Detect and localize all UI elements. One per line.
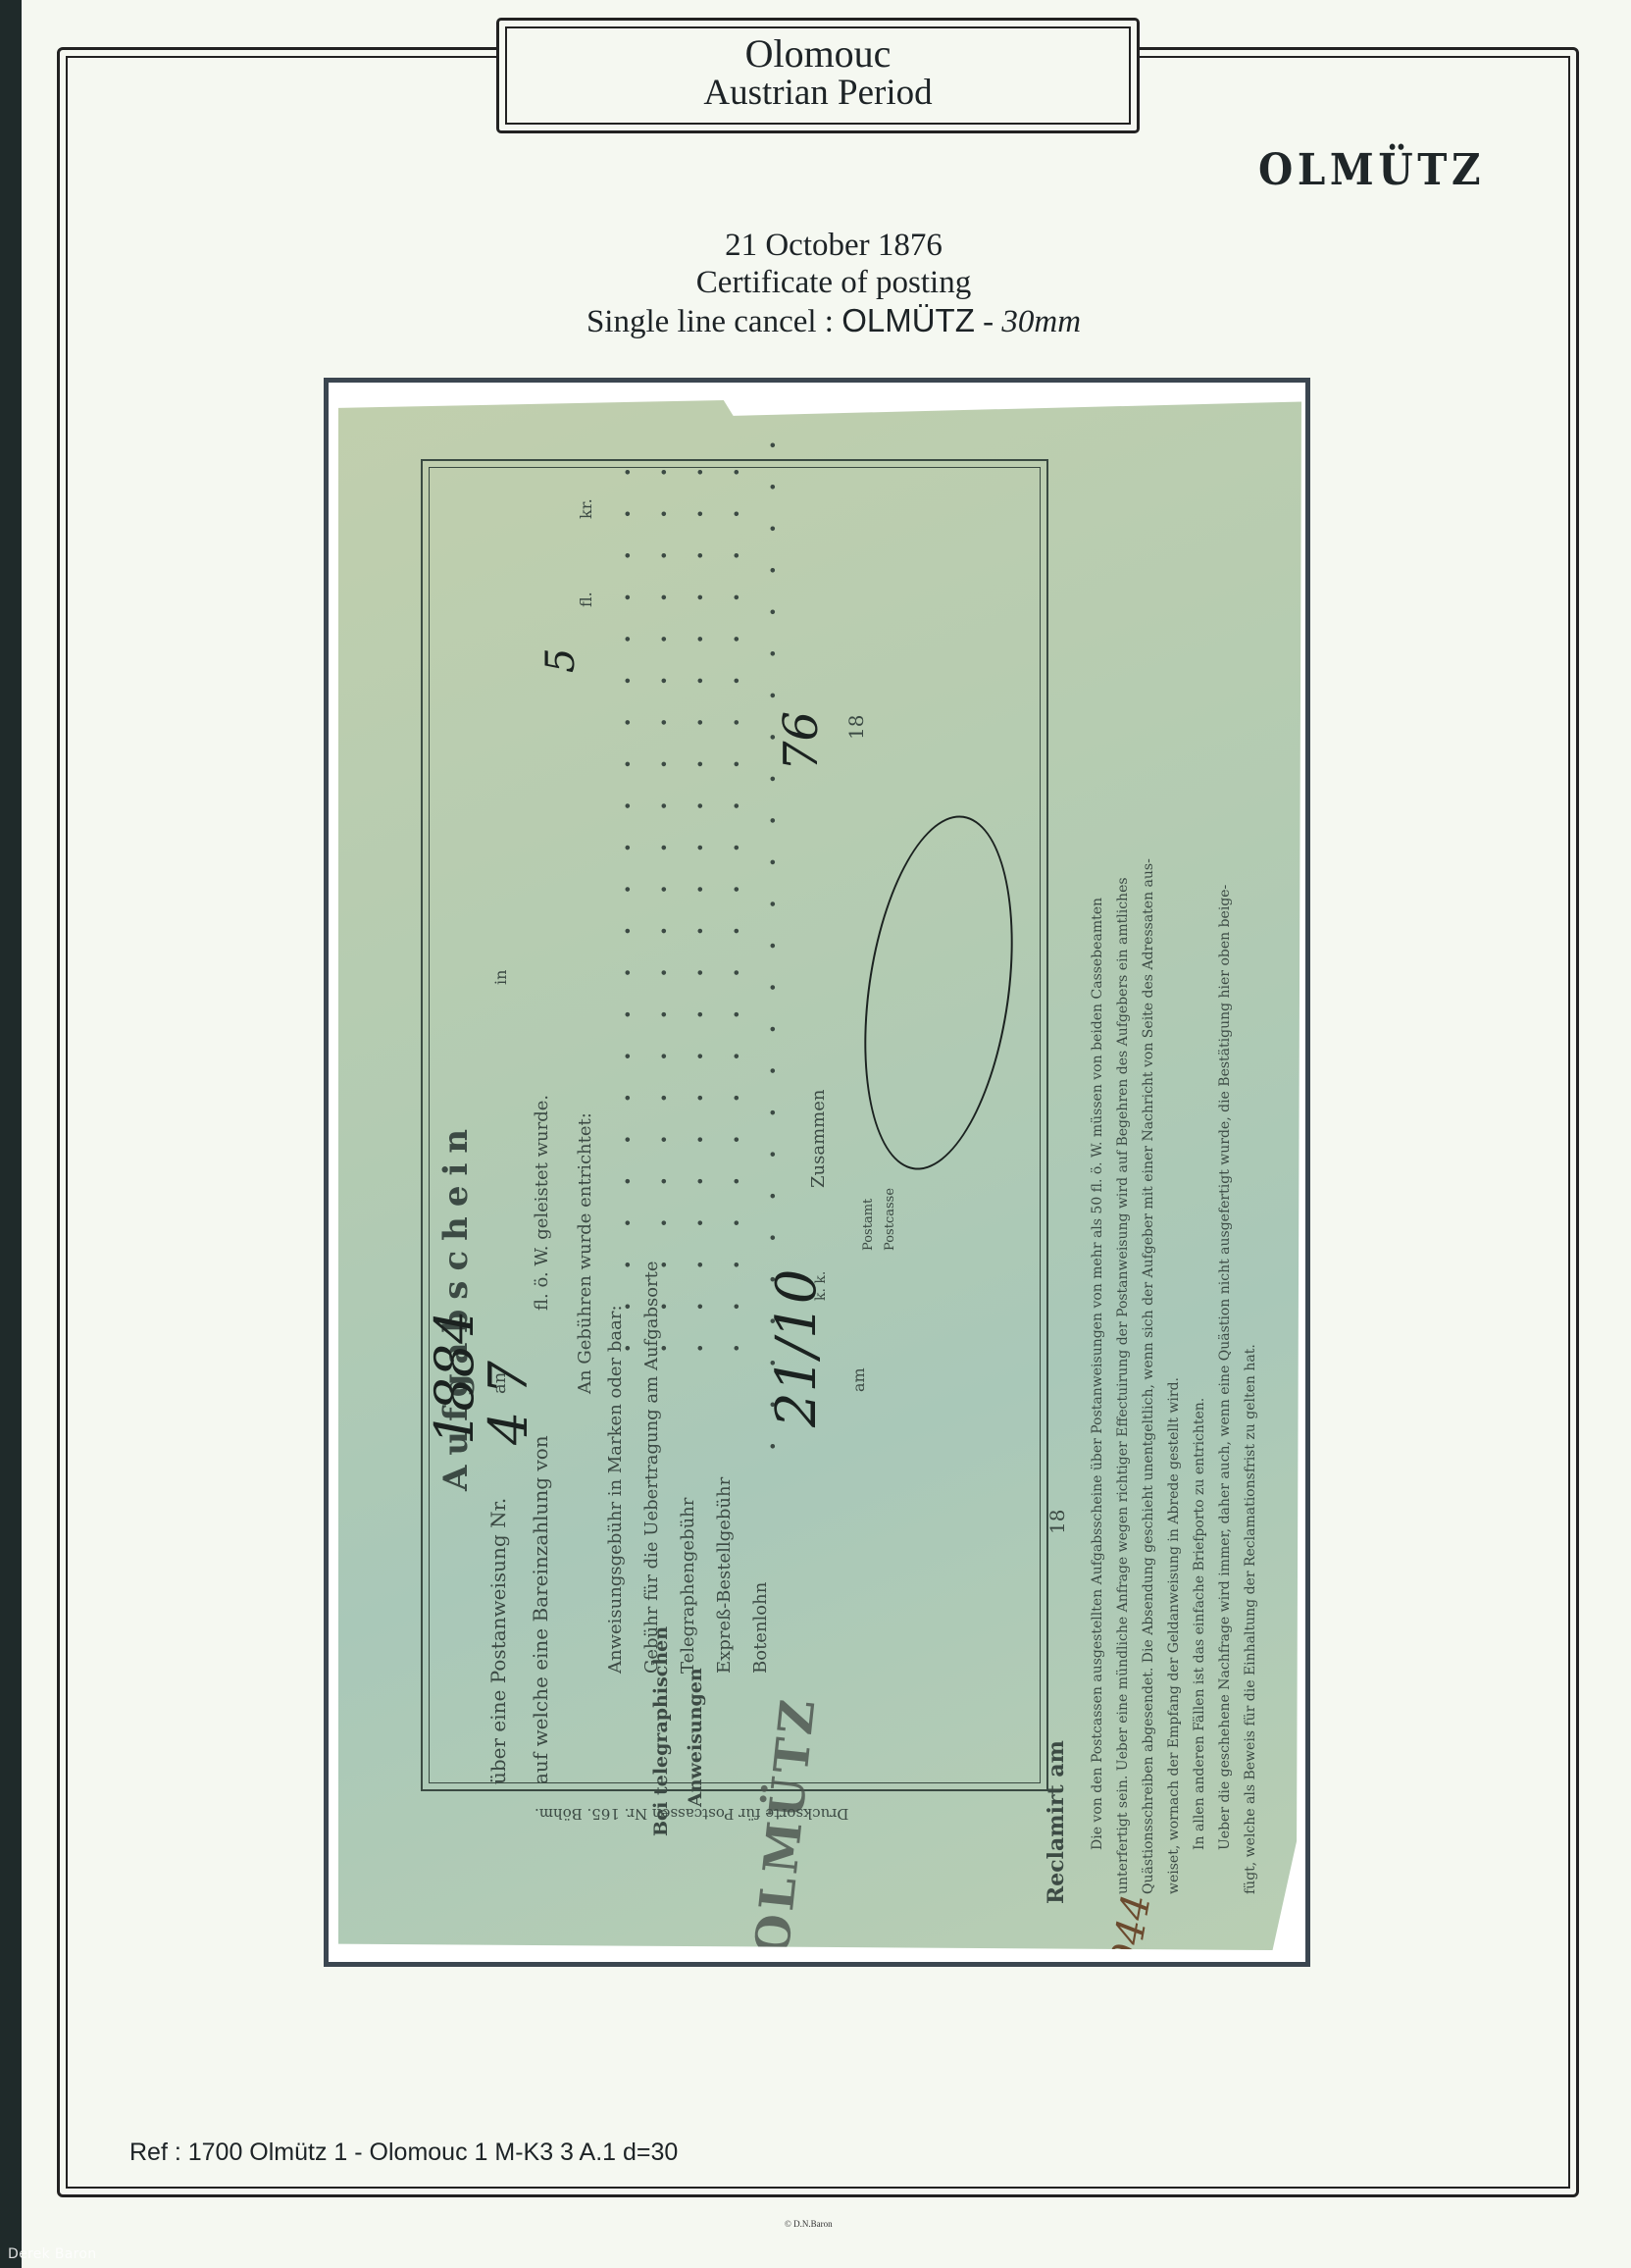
caption-item-type: Certificate of posting bbox=[490, 265, 1177, 301]
date-label: am bbox=[849, 1367, 868, 1392]
office-label-postamt: Postamt bbox=[861, 1199, 876, 1251]
fee-row-1: Anweisungsgebühr in Marken oder baar: bbox=[605, 1305, 626, 1674]
fee-row-3: Telegraphengebühr bbox=[678, 1498, 698, 1674]
note-line-4: weiset, wornach der Empfang der Geldanwe… bbox=[1166, 1377, 1182, 1894]
fee-dots-5: • • • • • • • • • • • • • • • • • • • • … bbox=[764, 218, 783, 1451]
form-line-1-in: in bbox=[491, 970, 510, 985]
office-label-postcasse: Postcasse bbox=[883, 1188, 897, 1251]
page-title-box: Olomouc Austrian Period bbox=[496, 18, 1140, 133]
caption-cancel-line: Single line cancel : OLMÜTZ - 30mm bbox=[490, 302, 1177, 340]
caption-cancel-size: 30mm bbox=[1001, 304, 1081, 339]
note-line-3: Quästionsschreiben abgesendet. Die Absen… bbox=[1141, 858, 1156, 1894]
fee-group-label-2: Anweisungen bbox=[685, 1668, 706, 1807]
certificate-of-posting: Aufgabschein über eine Postanweisung Nr.… bbox=[338, 392, 1301, 1950]
fee-dots-1: • • • • • • • • • • • • • • • • • • • • … bbox=[619, 454, 637, 1353]
scan-edge-strip bbox=[0, 0, 22, 2268]
caption-date: 21 October 1876 bbox=[490, 228, 1177, 264]
reclamation-year: 18 bbox=[1045, 1510, 1069, 1534]
fee-row-5: Botenlohn bbox=[750, 1582, 771, 1674]
handwritten-number: 1884 bbox=[424, 1311, 485, 1445]
fee-dots-3: • • • • • • • • • • • • • • • • • • • • … bbox=[691, 454, 710, 1353]
handwritten-amount: 4 7 bbox=[478, 1361, 539, 1445]
form-line-1: über eine Postanweisung Nr. bbox=[486, 1498, 510, 1784]
page-title: Olomouc bbox=[499, 30, 1137, 77]
caption-cancel-separator: - bbox=[975, 304, 1002, 339]
total-label: Zusammen bbox=[808, 1090, 829, 1188]
note-line-1: Die von den Postcassen ausgestellten Auf… bbox=[1090, 898, 1105, 1850]
fees-intro: An Gebühren wurde entrichtet: bbox=[575, 1112, 595, 1394]
form-line-2-unit: fl. ö. W. geleistet wurde. bbox=[532, 1095, 552, 1311]
caption-cancel-prefix: Single line cancel : bbox=[586, 304, 841, 339]
fee-dots-2: • • • • • • • • • • • • • • • • • • • • … bbox=[655, 454, 674, 1353]
printer-imprint: Drucksorte für Postcassen Nr. 165. Böhm. bbox=[535, 1805, 848, 1823]
cancel-example-stamp: OLMÜTZ bbox=[1258, 145, 1485, 195]
fee-dots-4: • • • • • • • • • • • • • • • • • • • • … bbox=[728, 454, 746, 1353]
document-mount: Aufgabschein über eine Postanweisung Nr.… bbox=[324, 378, 1310, 1967]
handwritten-fee: 5 bbox=[538, 648, 584, 673]
page-subtitle: Austrian Period bbox=[499, 72, 1137, 114]
copyright-note: © D.N.Baron bbox=[785, 2219, 833, 2229]
note-line-7: fügt, welche als Beweis für die Einhaltu… bbox=[1243, 1344, 1258, 1894]
year-prefix: 18 bbox=[844, 715, 868, 740]
handwritten-year: 76 bbox=[774, 711, 829, 771]
watermark: Derek Baron bbox=[8, 2246, 96, 2262]
catalogue-reference: Ref : 1700 Olmütz 1 - Olomouc 1 M-K3 3 A… bbox=[129, 2139, 678, 2167]
handwritten-date: 21/10 bbox=[765, 1269, 829, 1427]
form-line-2: auf welche eine Bareinzahlung von bbox=[529, 1435, 552, 1784]
currency-kr: kr. bbox=[577, 498, 595, 519]
reclamation-label: Reclamirt am bbox=[1044, 1740, 1069, 1904]
caption-cancel-name: OLMÜTZ bbox=[841, 302, 975, 338]
note-line-6: Ueber die geschehene Nachfrage wird imme… bbox=[1217, 885, 1233, 1850]
fee-row-4: Expreß-Bestellgebühr bbox=[714, 1477, 735, 1674]
currency-fl: fl. bbox=[577, 592, 595, 607]
note-line-2: unterfertigt sein. Ueber eine mündliche … bbox=[1115, 877, 1131, 1894]
note-line-5: In allen anderen Fällen ist das einfache… bbox=[1192, 1398, 1207, 1850]
